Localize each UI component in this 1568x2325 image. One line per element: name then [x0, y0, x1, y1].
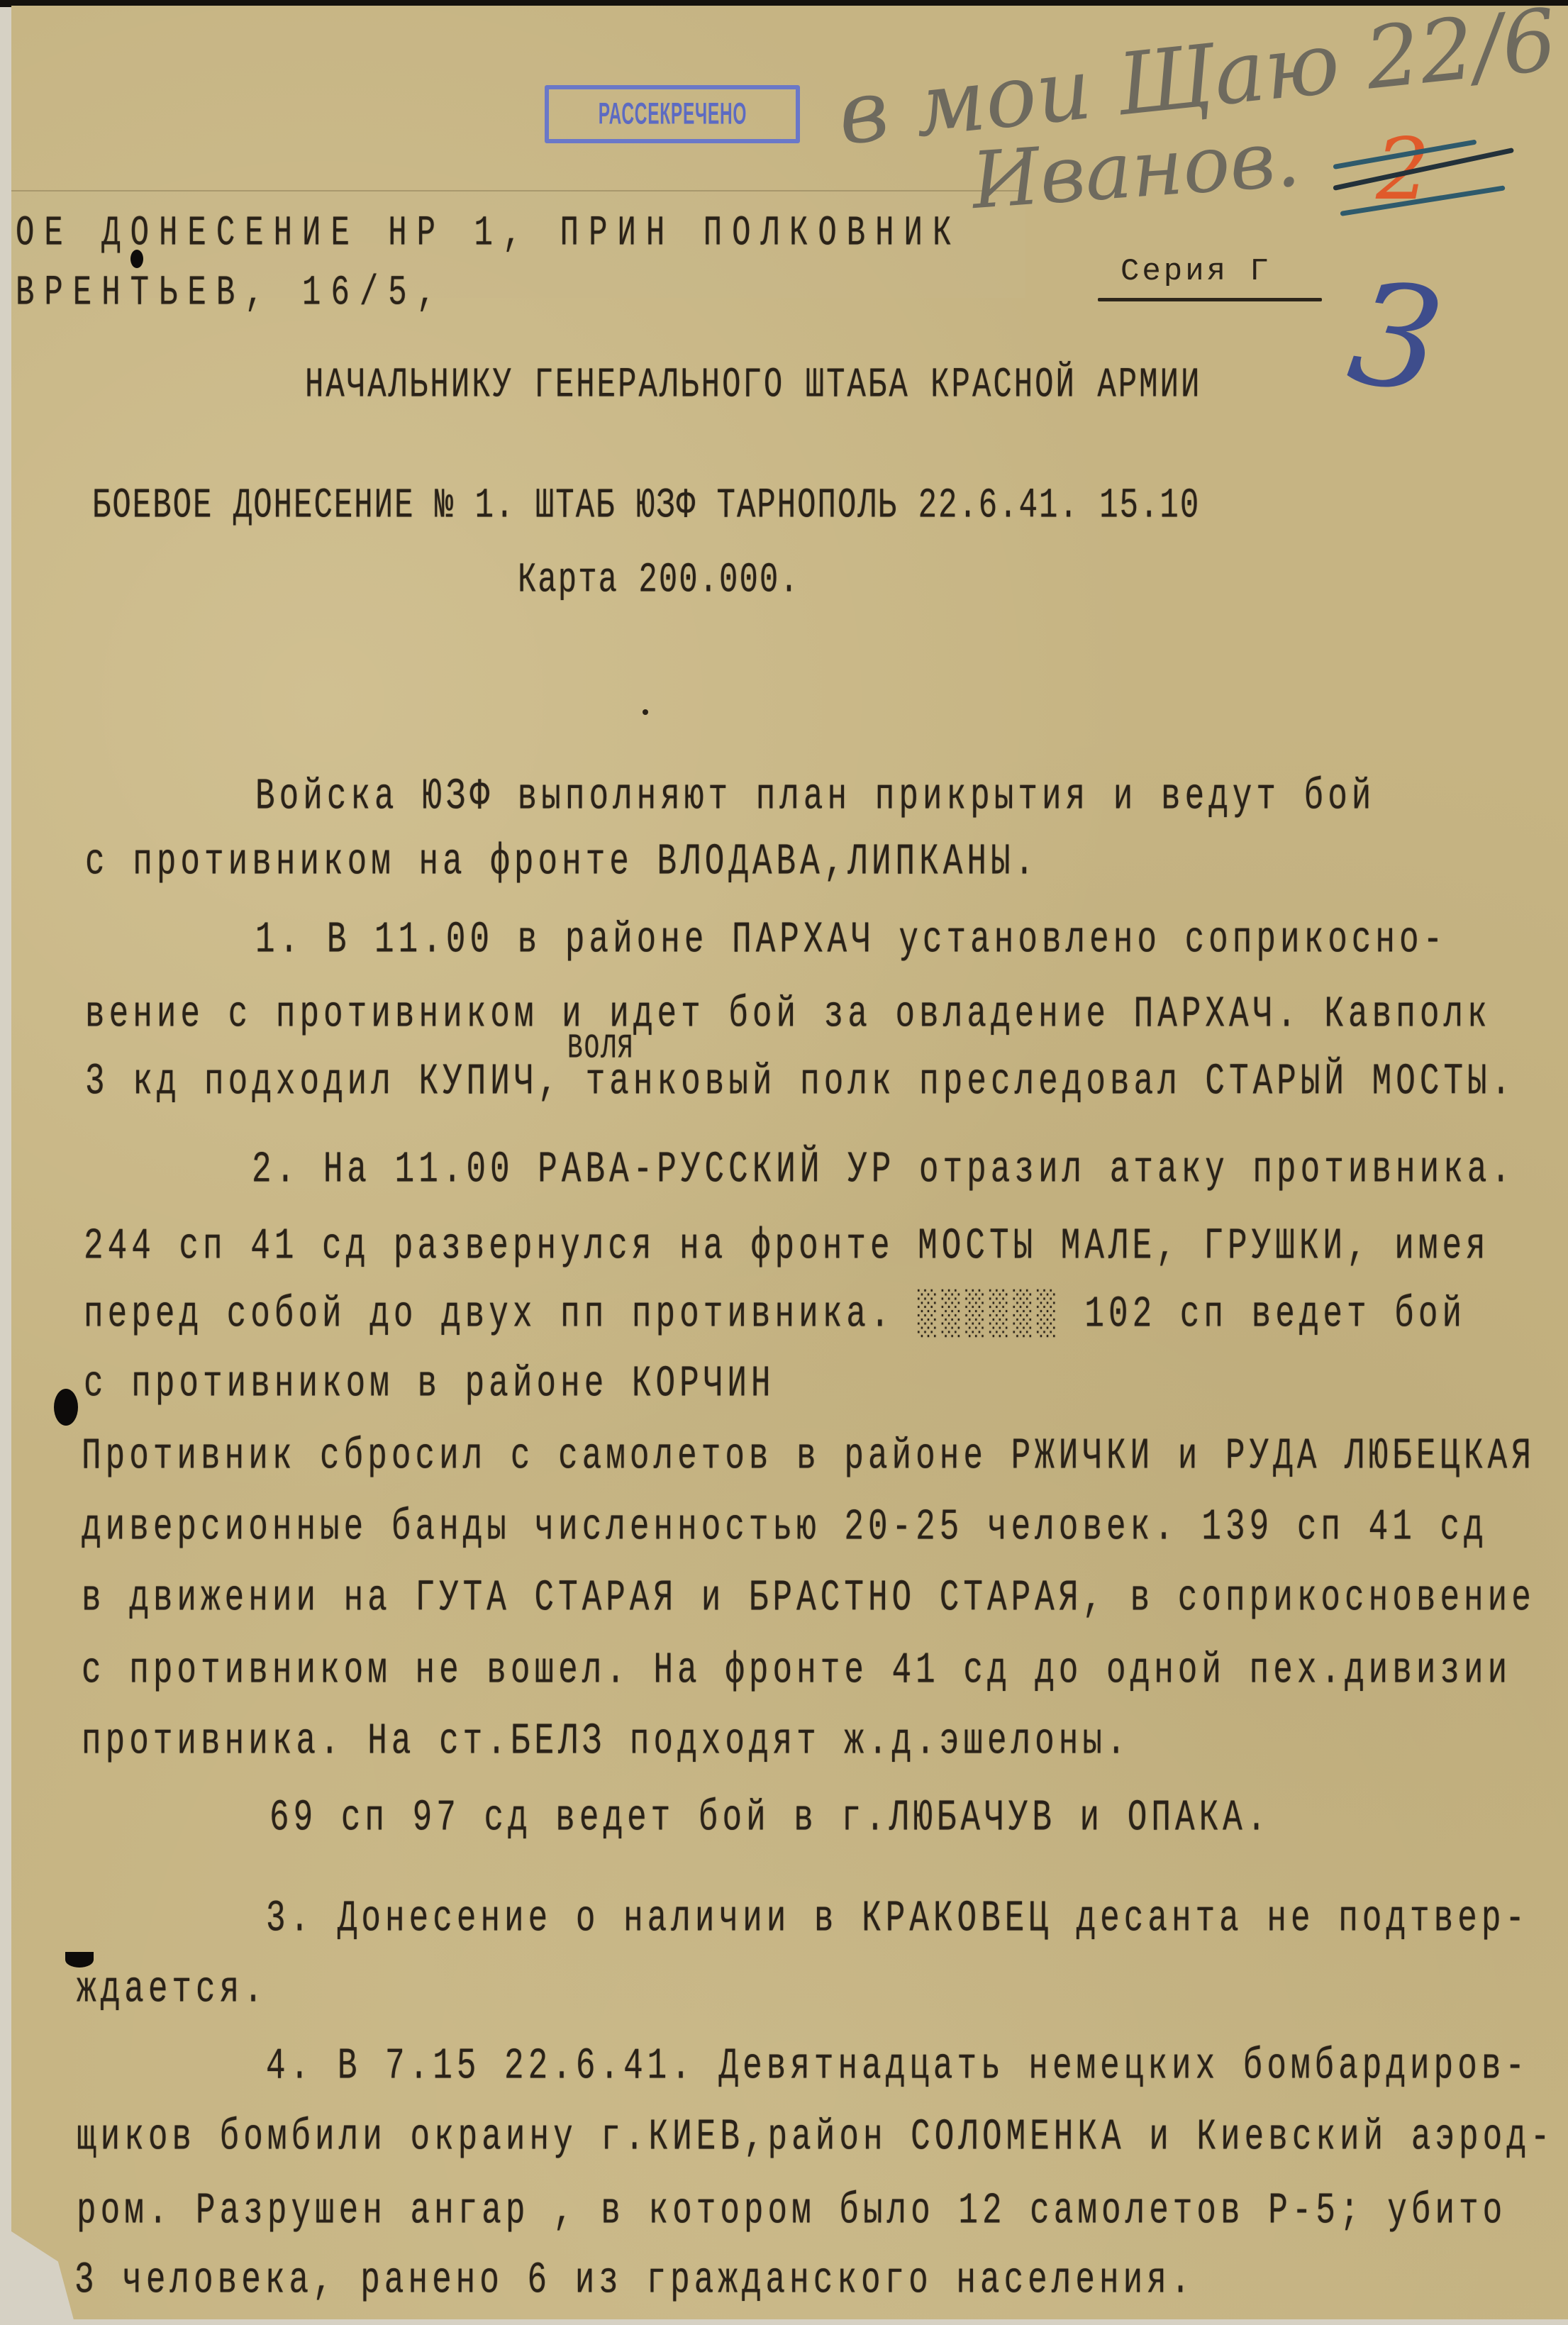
series-label: Серия Г [1121, 254, 1272, 289]
addressee: НАЧАЛЬНИКУ ГЕНЕРАЛЬНОГО ШТАБА КРАСНОЙ АР… [305, 362, 1201, 410]
body-line: Войска ЮЗФ выполняют план прикрытия и ве… [255, 772, 1375, 821]
body-line: щиков бомбили окраину г.КИЕВ,район СОЛОМ… [77, 2112, 1554, 2162]
body-line: ждается. [77, 1965, 267, 2014]
stamp-text: РАССЕКРЕЧЕНО [598, 97, 746, 132]
body-line: Противник сбросил с самолетов в районе Р… [82, 1431, 1535, 1481]
body-line: 69 сп 97 сд ведет бой в г.ЛЮБАЧУВ и ОПАК… [269, 1793, 1270, 1843]
body-line: 3. Донесение о наличии в КРАКОВЕЦ десант… [266, 1894, 1529, 1943]
map-scale: Карта 200.000. [518, 557, 800, 605]
body-line: 244 сп 41 сд развернулся на фронте МОСТЫ… [84, 1221, 1490, 1271]
body-line: 3 человека, ранено 6 из гражданского нас… [74, 2255, 1194, 2305]
body-line: противника. На ст.БЕЛЗ подходят ж.д.эшел… [82, 1716, 1130, 1766]
body-line: с противником в районе КОРЧИН [84, 1359, 775, 1409]
body-line: диверсионные банды численностью 20-25 че… [82, 1502, 1488, 1552]
teletype-header-line-1: ОЕ ДОНЕСЕНИЕ НР 1, ПРИН ПОЛКОВНИК [16, 210, 961, 258]
ink-blot [130, 250, 143, 268]
body-line: 1. В 11.00 в районе ПАРХАЧ установлено с… [255, 915, 1447, 965]
body-line: с противником на фронте ВЛОДАВА,ЛИПКАНЫ. [85, 837, 1038, 887]
punch-hole [54, 1389, 78, 1426]
report-title: БОЕВОЕ ДОНЕСЕНИЕ № 1. ШТАБ ЮЗФ ТАРНОПОЛЬ… [92, 482, 1200, 531]
teletype-header-line-2: ВРЕНТЬЕВ, 16/5, [16, 270, 445, 318]
declassified-stamp: РАССЕКРЕЧЕНО [545, 85, 800, 143]
body-line: вение с противником и идет бой за овладе… [85, 989, 1491, 1039]
body-line: перед собой до двух пп противника. ░░░░░… [84, 1289, 1466, 1339]
body-line: 2. На 11.00 РАВА-РУССКИЙ УР отразил атак… [252, 1145, 1515, 1194]
series-underline [1098, 298, 1322, 301]
body-line: 4. В 7.15 22.6.41. Девятнадцать немецких… [266, 2041, 1529, 2091]
stray-dot [643, 709, 648, 715]
body-line: 3 кд подходил КУПИЧ, танковый полк пресл… [85, 1057, 1515, 1106]
body-line: с противником не вошел. На фронте 41 сд … [82, 1646, 1511, 1695]
body-line: в движении на ГУТА СТАРАЯ и БРАСТНО СТАР… [82, 1573, 1535, 1623]
body-line: ром. Разрушен ангар , в котором было 12 … [77, 2186, 1506, 2236]
